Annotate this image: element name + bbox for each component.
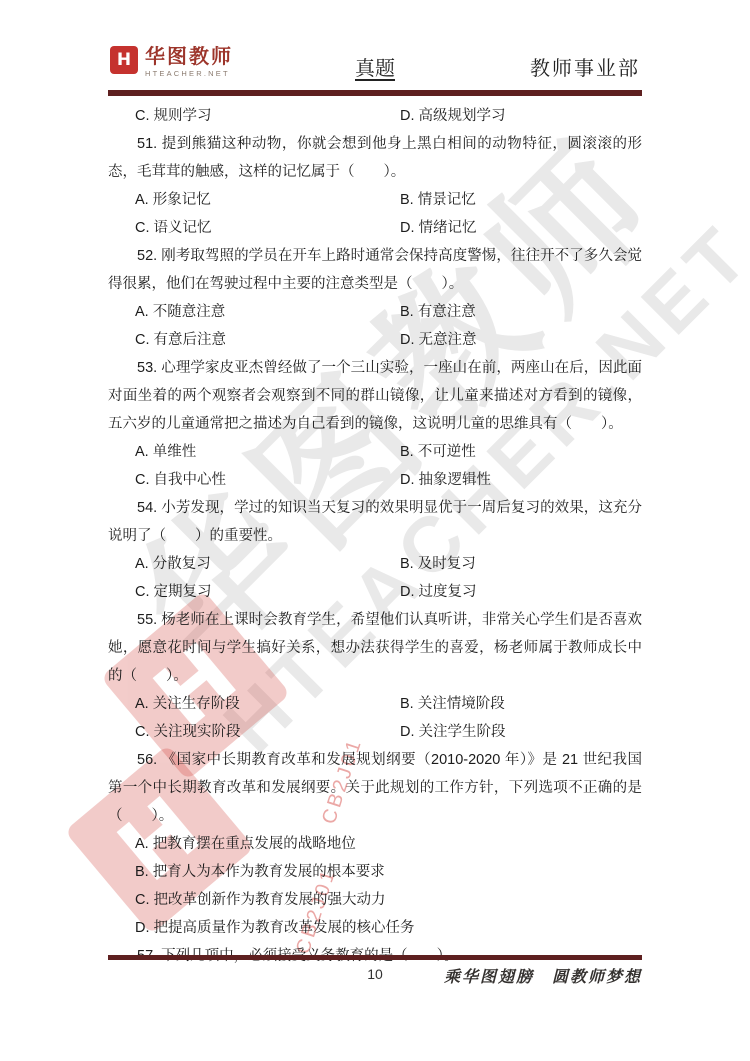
option-d: D. 过度复习 xyxy=(400,578,642,606)
question-stem: 56. 《国家中长期教育改革和发展规划纲要（2010-2020 年）》是 21 … xyxy=(108,746,642,830)
option-b: B. 及时复习 xyxy=(400,550,642,578)
option-a: A. 形象记忆 xyxy=(135,186,400,214)
option-c: C. 规则学习 xyxy=(135,102,400,130)
option-c: C. 自我中心性 xyxy=(135,466,400,494)
options-group: A. 分散复习B. 及时复习C. 定期复习D. 过度复习 xyxy=(108,550,642,606)
option-c: C. 有意后注意 xyxy=(135,326,400,354)
option-d: D. 抽象逻辑性 xyxy=(400,466,642,494)
question-area: C. 规则学习D. 高级规划学习 51. 提到熊猫这种动物，你就会想到他身上黑白… xyxy=(108,102,642,970)
questions-list: 51. 提到熊猫这种动物，你就会想到他身上黑白相间的动物特征，圆滚滚的形态，毛茸… xyxy=(108,130,642,970)
question-stem: 52. 刚考取驾照的学员在开车上路时通常会保持高度警惕，往往开不了多久会觉得很累… xyxy=(108,242,642,298)
exam-page: 华图教师 HTEACHER.NET H H CB2J01 CB2J01 H 华图… xyxy=(0,0,750,1061)
option-b: B. 关注情境阶段 xyxy=(400,690,642,718)
question-54: 54. 小芳发现，学过的知识当天复习的效果明显优于一周后复习的效果，这充分说明了… xyxy=(108,494,642,606)
options-group: A. 不随意注意B. 有意注意C. 有意后注意D. 无意注意 xyxy=(108,298,642,354)
question-55: 55. 杨老师在上课时会教育学生，希望他们认真听讲，非常关心学生们是否喜欢她，愿… xyxy=(108,606,642,746)
option-c: C. 定期复习 xyxy=(135,578,400,606)
question-51: 51. 提到熊猫这种动物，你就会想到他身上黑白相间的动物特征，圆滚滚的形态，毛茸… xyxy=(108,130,642,242)
option-b: B. 不可逆性 xyxy=(400,438,642,466)
option-a: A. 把教育摆在重点发展的战略地位 xyxy=(135,830,642,858)
option-a: A. 单维性 xyxy=(135,438,400,466)
option-a: A. 关注生存阶段 xyxy=(135,690,400,718)
option-d: D. 情绪记忆 xyxy=(400,214,642,242)
option-b: B. 把育人为本作为教育发展的根本要求 xyxy=(135,858,642,886)
question-stem: 53. 心理学家皮亚杰曾经做了一个三山实验，一座山在前，两座山在后，因此面对面坐… xyxy=(108,354,642,438)
option-a: A. 不随意注意 xyxy=(135,298,400,326)
options-group: A. 单维性B. 不可逆性C. 自我中心性D. 抽象逻辑性 xyxy=(108,438,642,494)
question-53: 53. 心理学家皮亚杰曾经做了一个三山实验，一座山在前，两座山在后，因此面对面坐… xyxy=(108,354,642,494)
option-b: B. 情景记忆 xyxy=(400,186,642,214)
question-stem: 55. 杨老师在上课时会教育学生，希望他们认真听讲，非常关心学生们是否喜欢她，愿… xyxy=(108,606,642,690)
option-d: D. 无意注意 xyxy=(400,326,642,354)
question-stem: 51. 提到熊猫这种动物，你就会想到他身上黑白相间的动物特征，圆滚滚的形态，毛茸… xyxy=(108,130,642,186)
option-c: C. 把改革创新作为教育发展的强大动力 xyxy=(135,886,642,914)
header-divider xyxy=(108,90,642,96)
option-b: B. 有意注意 xyxy=(400,298,642,326)
question-stem: 54. 小芳发现，学过的知识当天复习的效果明显优于一周后复习的效果，这充分说明了… xyxy=(108,494,642,550)
department-title: 教师事业部 xyxy=(530,52,640,81)
options-group: A. 形象记忆B. 情景记忆C. 语义记忆D. 情绪记忆 xyxy=(108,186,642,242)
option-c: C. 关注现实阶段 xyxy=(135,718,400,746)
options-group: A. 关注生存阶段B. 关注情境阶段C. 关注现实阶段D. 关注学生阶段 xyxy=(108,690,642,746)
options-group: A. 把教育摆在重点发展的战略地位B. 把育人为本作为教育发展的根本要求C. 把… xyxy=(108,830,642,942)
option-d: D. 高级规划学习 xyxy=(400,102,642,130)
footer-slogan: 乘华图翅膀 圆教师梦想 xyxy=(444,964,642,987)
footer-divider xyxy=(108,955,642,960)
question-52: 52. 刚考取驾照的学员在开车上路时通常会保持高度警惕，往往开不了多久会觉得很累… xyxy=(108,242,642,354)
question-56: 56. 《国家中长期教育改革和发展规划纲要（2010-2020 年）》是 21 … xyxy=(108,746,642,942)
option-d: D. 关注学生阶段 xyxy=(400,718,642,746)
leading-options-row: C. 规则学习D. 高级规划学习 xyxy=(108,102,642,130)
option-d: D. 把提高质量作为教育改革发展的核心任务 xyxy=(135,914,642,942)
option-c: C. 语义记忆 xyxy=(135,214,400,242)
option-a: A. 分散复习 xyxy=(135,550,400,578)
